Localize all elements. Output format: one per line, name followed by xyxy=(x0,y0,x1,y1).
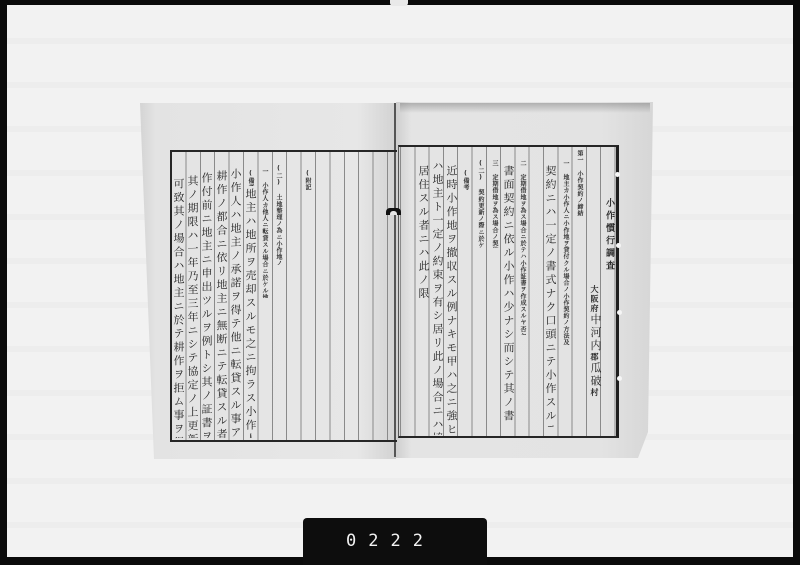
binding-clip-icon xyxy=(386,208,401,215)
answer-1-handwritten: 契約ニハ一定ノ書式ナク口頭ニテ小作スルモ当事者ノ都合ニ依リ証書ヲ作ル xyxy=(543,165,557,427)
binding-hole xyxy=(615,172,620,177)
remarks-3-handwritten: 居住スル者ニハ此ノ限ニ非ス xyxy=(416,165,430,300)
left-remarks-2-handwritten: 小作人ハ地主ノ承諾ヲ得テ他ニ転貸スル事アリ然レトモ其ノ例少シ xyxy=(228,168,242,438)
left-remarks-6-handwritten: 可致其ノ場合ハ地主ニ於テ耕作ヲ拒ム事ヲ得 xyxy=(171,178,185,438)
document-title: 小作慣行調査 xyxy=(601,198,617,290)
page-edge-shadow xyxy=(400,103,650,113)
scan-notch xyxy=(390,0,408,6)
left-remarks-4-handwritten: 作付前ニ地主ニ申出ツルヲ例トシ其ノ証書ヲ作成スル事ナシ xyxy=(199,172,213,438)
section-heading: 第一 小作契約ノ締結 xyxy=(572,150,586,220)
district-suffix: 郡 xyxy=(590,353,600,363)
remarks-label: (備考) xyxy=(458,170,472,190)
left-remarks-5-handwritten: 其ノ期限ハ一年乃至三年ニシテ協定ノ上更新スル xyxy=(185,175,199,438)
frame-number: 0222 xyxy=(346,530,446,552)
district-handwritten: 中河内 xyxy=(589,314,602,353)
left-remarks-1-handwritten: 地主ハ地所ヲ売却スルモ之ニ拘ラス小作人ハ其ノ地所ヲ耕作シ得 xyxy=(243,188,257,438)
question-4: (二) 契約更新ノ際ニ於ケル手続 xyxy=(473,160,487,248)
binding-hole xyxy=(617,376,622,381)
binding-hole xyxy=(617,310,622,315)
scan-border-left xyxy=(0,0,7,565)
question-3: 三 定期借地ヲ為ス場合ノ契約期間 xyxy=(487,160,501,248)
remarks-2-handwritten: ハ地主ト一定ノ約束ヲ有シ居リ此ノ場合ニハ協定ノ裏書ヲ為ス xyxy=(430,160,444,435)
left-question-1: (二) 土地整理ノ為ニ小作地ノ異動アリタル場合ノ処置 xyxy=(271,165,285,265)
prefecture: 大阪府 xyxy=(590,285,600,314)
appendix-label: (附記) xyxy=(300,170,314,190)
village-suffix: 村 xyxy=(590,388,600,398)
question-1: 一 地主カ小作人ニ小作地ヲ貸付クル場合ノ小作契約ノ方法及其ノ割合 xyxy=(558,160,572,345)
left-remarks-label: (備考) xyxy=(243,170,257,186)
village-handwritten: 瓜破 xyxy=(589,362,602,388)
left-remarks-3-handwritten: 耕作ノ都合ニ依リ地主ニ無断ニテ転貸スル者アリ之ハ不可 xyxy=(214,170,228,438)
location-line: 大阪府中河内郡瓜破村 xyxy=(587,285,602,405)
scan-border-right xyxy=(793,0,800,565)
left-question-2: 一 小作人カ他人ニ転貸スル場合ニ於ケル地主ノ承諾ノ要否 xyxy=(257,168,271,298)
answer-2-handwritten: 書面契約ニ依ル小作ハ少ナシ而シテ其ノ書式ハ一定セル雛形ナシ xyxy=(501,165,515,423)
remarks-1-handwritten: 近時小作地ヲ撤収スル例ナキモ甲ハ之ニ強ヒテ作付スルヲ以テ協定ヲ要ス xyxy=(444,165,458,433)
question-2: 二 定期借地ヲ為ス場合ニ於テハ小作証書ヲ作成スルヤ否ヤ及其ノ書式 xyxy=(515,160,529,335)
